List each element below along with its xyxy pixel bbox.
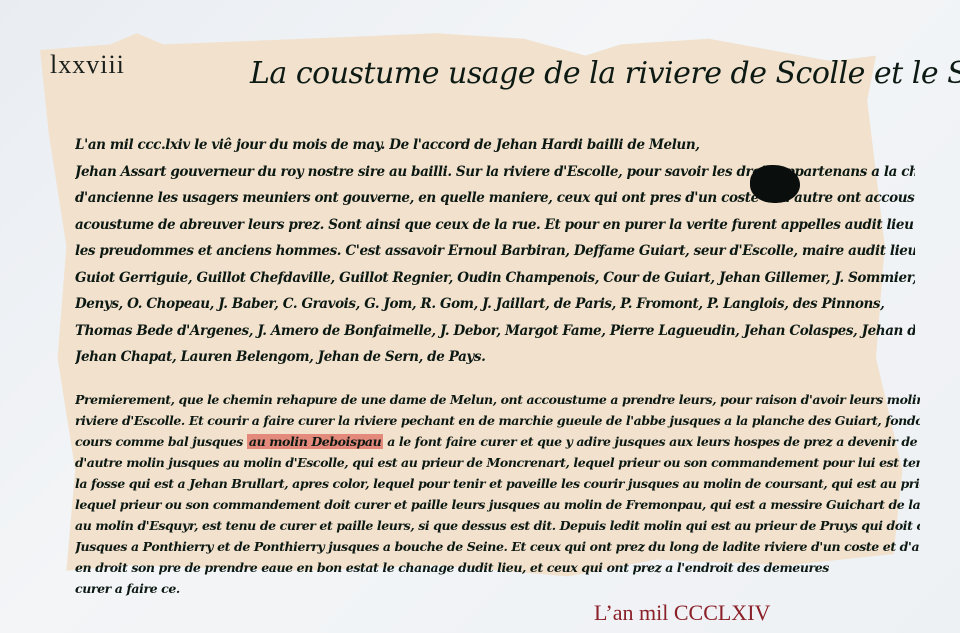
ink-blot (750, 165, 800, 203)
text-line: L'an mil ccc.lxiv le viê jour du mois de… (75, 132, 915, 159)
text-line: les preudommes et anciens hommes. C'est … (75, 238, 915, 265)
text-line: Denys, O. Chopeau, J. Baber, C. Gravois,… (75, 291, 915, 318)
text-line: lequel prieur ou son commandement doit c… (75, 494, 920, 515)
text-line: Jehan Chapat, Lauren Belengom, Jehan de … (75, 344, 915, 371)
folio-number: lxxviii (50, 50, 125, 80)
text-line: en droit son pre de prendre eaue en bon … (75, 557, 920, 578)
date-caption: L’an mil CCCLXIV (594, 600, 770, 626)
text-line: Guiot Gerriguie, Guillot Chefdaville, Gu… (75, 265, 915, 292)
text-line: Jusques a Ponthierry et de Ponthierry ju… (75, 536, 920, 557)
text-line: cours comme bal jusques au molin Deboisp… (75, 431, 920, 452)
text-line: la fosse qui est a Jehan Brullart, apres… (75, 473, 920, 494)
highlighted-phrase: au molin Deboispau (247, 434, 383, 449)
text-segment: a le font faire curer et que y adire jus… (387, 434, 920, 449)
text-line: Thomas Bede d'Argenes, J. Amero de Bonfa… (75, 318, 915, 345)
text-line: au molin d'Esquyr, est tenu de curer et … (75, 515, 920, 536)
paragraph-customs: Premierement, que le chemin rehapure de … (75, 389, 920, 599)
text-line: riviere d'Escolle. Et courir a faire cur… (75, 410, 920, 431)
text-segment: cours comme bal jusques (75, 434, 243, 449)
text-line: acoustume de abreuver leurs prez. Sont a… (75, 212, 915, 239)
document-title: La coustume usage de la riviere de Scoll… (250, 56, 810, 91)
text-line: curer a faire ce. (75, 578, 920, 599)
text-line: d'autre molin jusques au molin d'Escolle… (75, 452, 920, 473)
text-line: Premierement, que le chemin rehapure de … (75, 389, 920, 410)
